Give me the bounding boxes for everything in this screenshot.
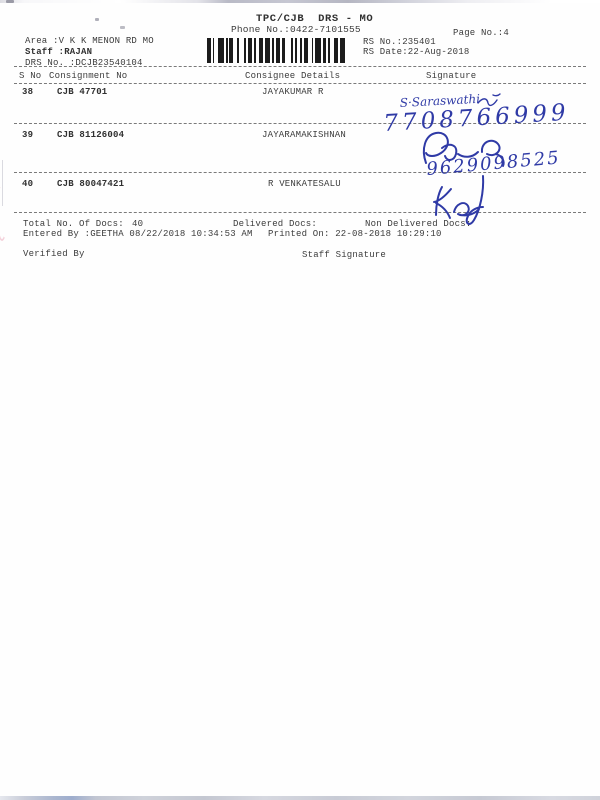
- scan-artifact-top-edge: [0, 0, 600, 3]
- dashed-separator: [14, 83, 586, 84]
- table-row-consignment: CJB 47701: [57, 87, 107, 97]
- phone-number: Phone No.:0422-7101555: [231, 25, 361, 36]
- entered-by-line: Entered By :GEETHA 08/22/2018 10:34:53 A…: [23, 229, 253, 239]
- rs-date-line: RS Date:22-Aug-2018: [363, 47, 469, 57]
- signature-phone-row39: 9629098525: [426, 147, 562, 180]
- total-docs-label: Total No. Of Docs:: [23, 219, 124, 229]
- signature-name-row38: S·Saraswathi: [399, 92, 480, 110]
- table-row-s-no: 40: [22, 179, 33, 189]
- signature-flourish-row38: [478, 94, 500, 105]
- dashed-separator: [14, 66, 586, 67]
- table-row-s-no: 39: [22, 130, 33, 140]
- delivered-docs-label: Delivered Docs:: [233, 219, 317, 229]
- scan-speck: [6, 0, 14, 3]
- printed-on-line: Printed On: 22-08-2018 10:29:10: [268, 229, 442, 239]
- column-header-s-no: S No: [19, 71, 41, 81]
- column-header-consignee: Consignee Details: [245, 71, 340, 81]
- dashed-separator: [14, 123, 586, 124]
- table-row-consignment: CJB 80047421: [57, 179, 124, 189]
- signature-scribble-row39: [482, 141, 504, 166]
- column-header-signature: Signature: [426, 71, 476, 81]
- signature-scribble-row40: [454, 203, 479, 215]
- scanned-delivery-run-sheet: TPC/CJB DRS - MO Phone No.:0422-7101555 …: [0, 0, 600, 800]
- table-row-consignee: JAYARAMAKISHNAN: [262, 130, 346, 140]
- scan-artifact-gray-line: [2, 160, 3, 206]
- area-line: Area :V K K MENON RD MO: [25, 36, 154, 46]
- staff-signature-label: Staff Signature: [302, 250, 386, 260]
- signature-scribble-row39: [424, 133, 478, 163]
- signature-scribble-row40: [434, 187, 451, 218]
- page-number: Page No.:4: [453, 28, 509, 38]
- staff-line: Staff :RAJAN: [25, 47, 92, 57]
- handwritten-ink-overlay: S·Saraswathi 7708766999 9629098525: [0, 0, 600, 800]
- scan-speck: [120, 26, 125, 29]
- rs-number-line: RS No.:235401: [363, 37, 436, 47]
- dashed-separator: [14, 172, 586, 173]
- table-row-consignee: R VENKATESALU: [268, 179, 341, 189]
- table-row-s-no: 38: [22, 87, 33, 97]
- scan-speck: [95, 18, 99, 21]
- total-docs-value: 40: [132, 219, 143, 229]
- scan-artifact-bottom-edge: [0, 796, 600, 800]
- barcode-1d-icon: [207, 38, 347, 63]
- verified-by-label: Verified By: [23, 249, 85, 259]
- table-row-consignment: CJB 81126004: [57, 130, 124, 140]
- table-row-consignee: JAYAKUMAR R: [262, 87, 324, 97]
- non-delivered-label: Non Delivered Docs:: [365, 219, 471, 229]
- column-header-consignment: Consignment No: [49, 71, 127, 81]
- signature-scribble-row40: [467, 176, 483, 224]
- dashed-separator: [14, 212, 586, 213]
- signature-phone-row38: 7708766999: [383, 100, 571, 137]
